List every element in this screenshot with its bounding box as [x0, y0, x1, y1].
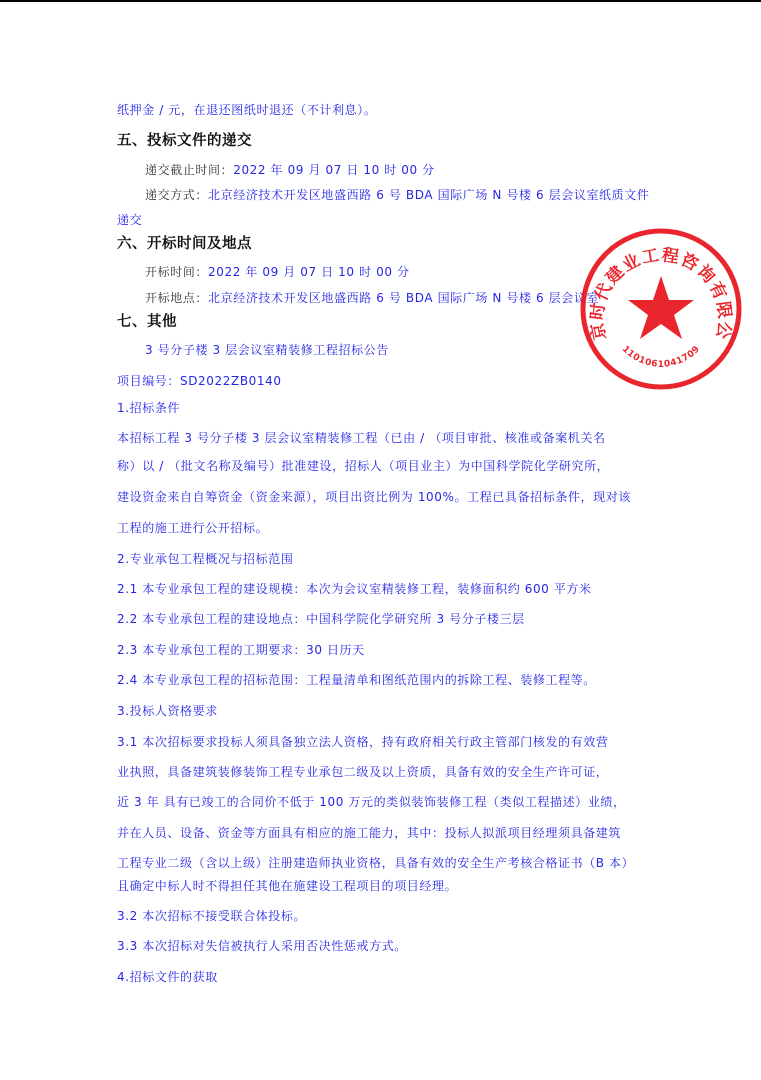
company-seal-stamp: 北京时代建业工程咨询有限公司 1101061041709	[578, 226, 744, 392]
submission-method-label: 递交方式：	[145, 188, 208, 202]
paragraph-line: 建设资金来自自筹资金（资金来源），项目出资比例为 100%。工程已具备招标条件，…	[117, 489, 631, 505]
submission-method-value: 北京经济技术开发区地盛西路 6 号 BDA 国际广场 N 号楼 6 层会议室纸质…	[208, 188, 649, 202]
paragraph-line: 工程的施工进行公开招标。	[117, 520, 268, 536]
submission-deadline-label: 递交截止时间：	[145, 163, 233, 177]
paragraph-line: 工程专业二级（含以上级）注册建造师执业资格，具备有效的安全生产考核合格证书（B …	[117, 855, 634, 871]
item-2-2: 2.2 本专业承包工程的建设地点：中国科学院化学研究所 3 号分子楼三层	[117, 611, 525, 627]
item-2-1: 2.1 本专业承包工程的建设规模：本次为会议室精装修工程，装修面积约 600 平…	[117, 581, 592, 597]
star-icon	[628, 276, 694, 339]
submission-deadline: 递交截止时间：2022 年 09 月 07 日 10 时 00 分	[145, 162, 435, 178]
submission-method-cont: 递交	[117, 212, 142, 228]
item-3-1: 3.1 本次招标要求投标人须具备独立法人资格，持有政府相关行政主管部门核发的有效…	[117, 734, 609, 750]
subsection-3-heading: 3.投标人资格要求	[117, 703, 218, 719]
section-5-heading: 五、投标文件的递交	[117, 132, 252, 150]
submission-deadline-value: 2022 年 09 月 07 日 10 时 00 分	[233, 163, 435, 177]
item-2-4: 2.4 本专业承包工程的招标范围：工程量清单和图纸范围内的拆除工程、装修工程等。	[117, 672, 596, 688]
item-2-3: 2.3 本专业承包工程的工期要求：30 日历天	[117, 642, 365, 658]
paragraph-line: 本招标工程 3 号分子楼 3 层会议室精装修工程（已由 / （项目审批、核准或备…	[117, 430, 606, 446]
project-number: 项目编号：SD2022ZB0140	[117, 373, 282, 389]
top-border	[0, 0, 761, 2]
paragraph-line: 且确定中标人时不得担任其他在施建设工程项目的项目经理。	[117, 878, 457, 894]
paragraph-line: 称）以 / （批文名称及编号）批准建设，招标人（项目业主）为中国科学院化学研究所…	[117, 458, 609, 474]
opening-location-label: 开标地点：	[145, 291, 208, 305]
announcement-title: 3 号分子楼 3 层会议室精装修工程招标公告	[145, 342, 389, 358]
paragraph-line: 并在人员、设备、资金等方面具有相应的施工能力，其中：投标人拟派项目经理须具备建筑	[117, 825, 621, 841]
subsection-2-heading: 2.专业承包工程概况与招标范围	[117, 551, 293, 567]
item-3-3: 3.3 本次招标对失信被执行人采用否决性惩戒方式。	[117, 938, 407, 954]
subsection-1-heading: 1.招标条件	[117, 400, 180, 416]
submission-method: 递交方式：北京经济技术开发区地盛西路 6 号 BDA 国际广场 N 号楼 6 层…	[145, 187, 649, 203]
opening-location-value: 北京经济技术开发区地盛西路 6 号 BDA 国际广场 N 号楼 6 层会议室	[208, 291, 599, 305]
paragraph-line: 近 3 年 具有已竣工的合同价不低于 100 万元的类似装饰装修工程（类似工程描…	[117, 794, 626, 810]
opening-time: 开标时间：2022 年 09 月 07 日 10 时 00 分	[145, 264, 410, 280]
section-7-heading: 七、其他	[117, 313, 177, 331]
subsection-4-heading: 4.招标文件的获取	[117, 969, 218, 985]
section-6-heading: 六、开标时间及地点	[117, 235, 252, 253]
deposit-line: 纸押金 / 元，在退还图纸时退还（不计利息）。	[117, 102, 376, 118]
opening-location: 开标地点：北京经济技术开发区地盛西路 6 号 BDA 国际广场 N 号楼 6 层…	[145, 290, 599, 306]
paragraph-line: 业执照，具备建筑装修装饰工程专业承包二级及以上资质，具备有效的安全生产许可证，	[117, 764, 608, 780]
svg-text:1101061041709: 1101061041709	[620, 344, 702, 370]
seal-number: 1101061041709	[620, 344, 702, 370]
item-3-2: 3.2 本次招标不接受联合体投标。	[117, 908, 306, 924]
opening-time-value: 2022 年 09 月 07 日 10 时 00 分	[208, 265, 410, 279]
opening-time-label: 开标时间：	[145, 265, 208, 279]
